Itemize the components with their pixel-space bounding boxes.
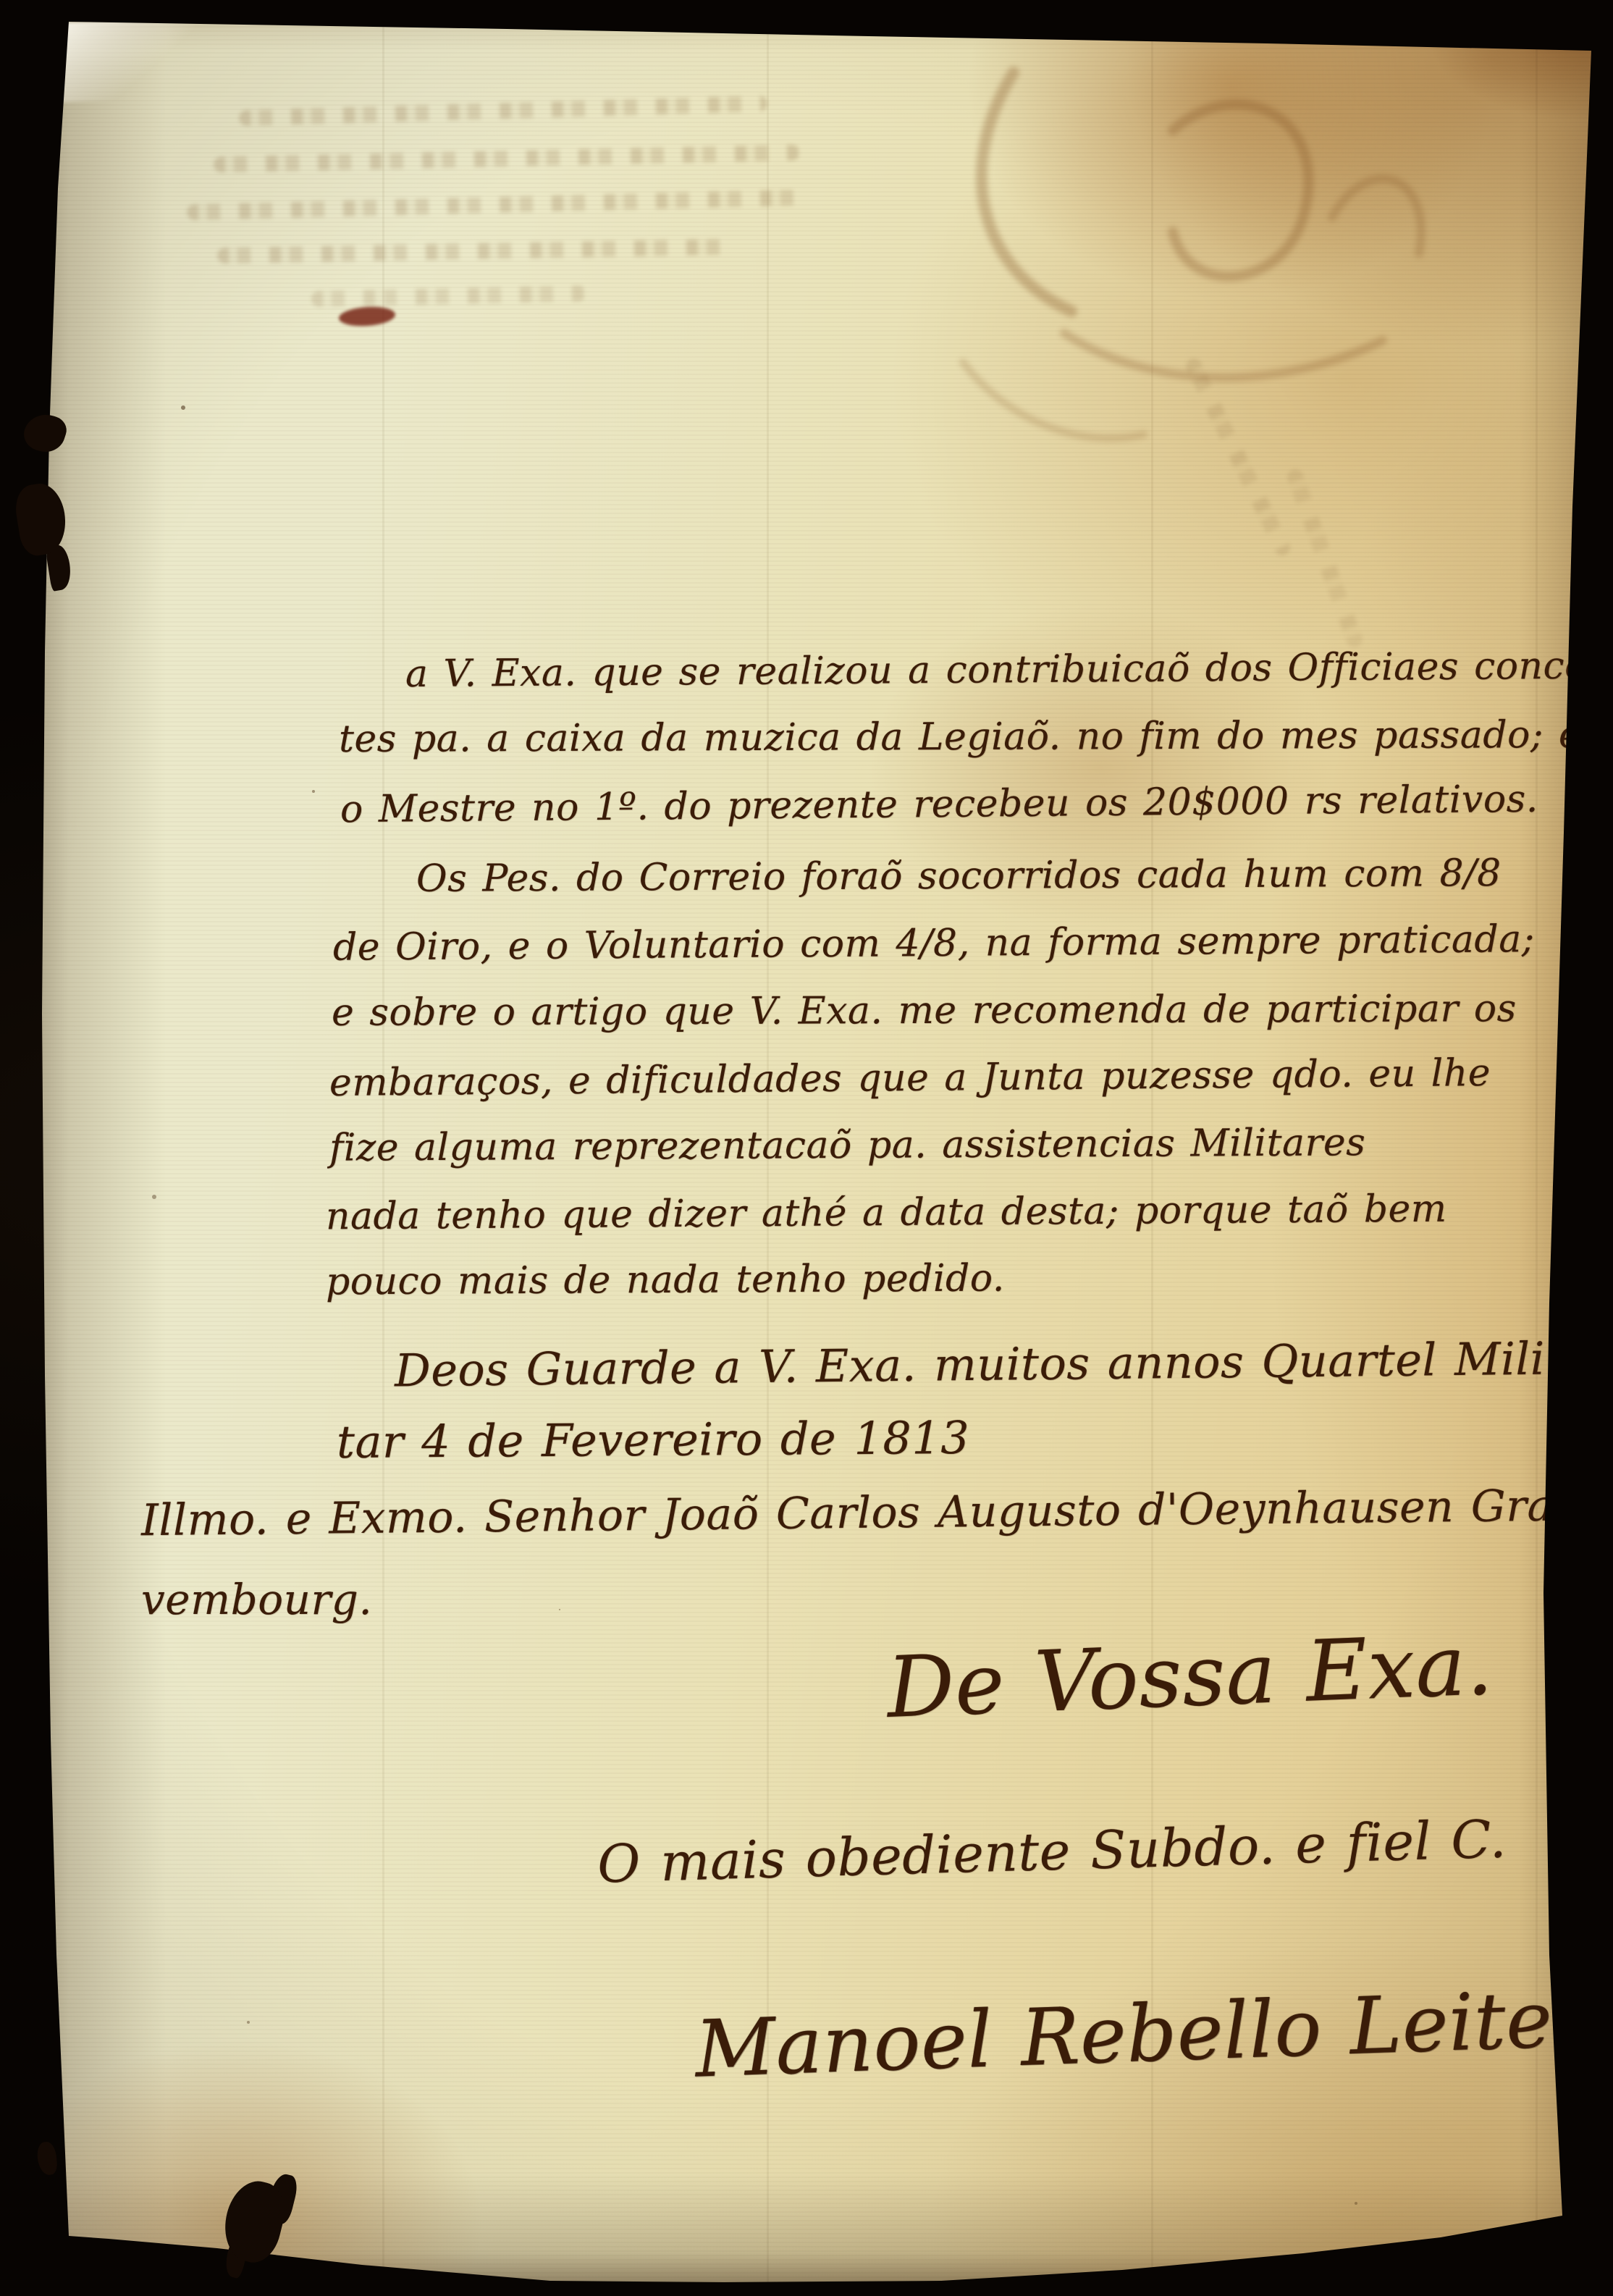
bleedthrough-mark [1285, 467, 1365, 649]
ink-blot [36, 2141, 59, 2176]
addressee-line: Illmo. e Exmo. Senhor Joaõ Carlos August… [141, 1481, 1554, 1546]
body-line: embaraços, e dificuldades que a Junta pu… [329, 1051, 1491, 1105]
body-line: fize alguma reprezentacaõ pa. assistenci… [329, 1121, 1366, 1169]
bleedthrough-line [217, 239, 728, 264]
bleedthrough-line [187, 190, 799, 221]
body-line: a V. Exa. que se realizou a contribuicaõ… [405, 644, 1613, 696]
body-line: pouco mais de nada tenho pedido. [326, 1257, 1005, 1304]
body-line: de Oiro, e o Voluntario com 4/8, na form… [333, 917, 1535, 970]
foxing-specks [181, 405, 185, 410]
body-line: e sobre o artigo que V. Exa. me recomend… [332, 987, 1517, 1035]
photo-backdrop: a V. Exa. que se realizou a contribuicaõ… [0, 0, 1613, 2296]
bleedthrough-line [239, 96, 767, 126]
body-line: Os Pes. do Correio foraõ socorridos cada… [416, 851, 1502, 901]
curled-corner-highlight [56, 18, 197, 103]
valediction-line: De Vossa Exa. [885, 1616, 1495, 1737]
closing-line: Deos Guarde a V. Exa. muitos annos Quart… [395, 1332, 1546, 1397]
addressee-line: vembourg. [141, 1575, 372, 1624]
ink-smudge [338, 305, 396, 327]
valediction-line: O mais obediente Subdo. e fiel C. [597, 1808, 1507, 1894]
date-line: tar 4 de Fevereiro de 1813 [337, 1411, 970, 1468]
bleedthrough-line [311, 285, 586, 307]
manuscript-page: a V. Exa. que se realizou a contribuicaõ… [0, 0, 1613, 2296]
archival-scrawl [833, 29, 1484, 492]
bleedthrough-line [214, 145, 800, 173]
body-line: nada tenho que dizer athé a data desta; … [326, 1187, 1447, 1239]
signature: Manoel Rebello Leite [694, 1975, 1554, 2095]
body-line: o Mestre no 1º. do prezente recebeu os 2… [340, 778, 1538, 831]
body-line: tes pa. a caixa da muzica da Legiaõ. no … [339, 713, 1581, 761]
